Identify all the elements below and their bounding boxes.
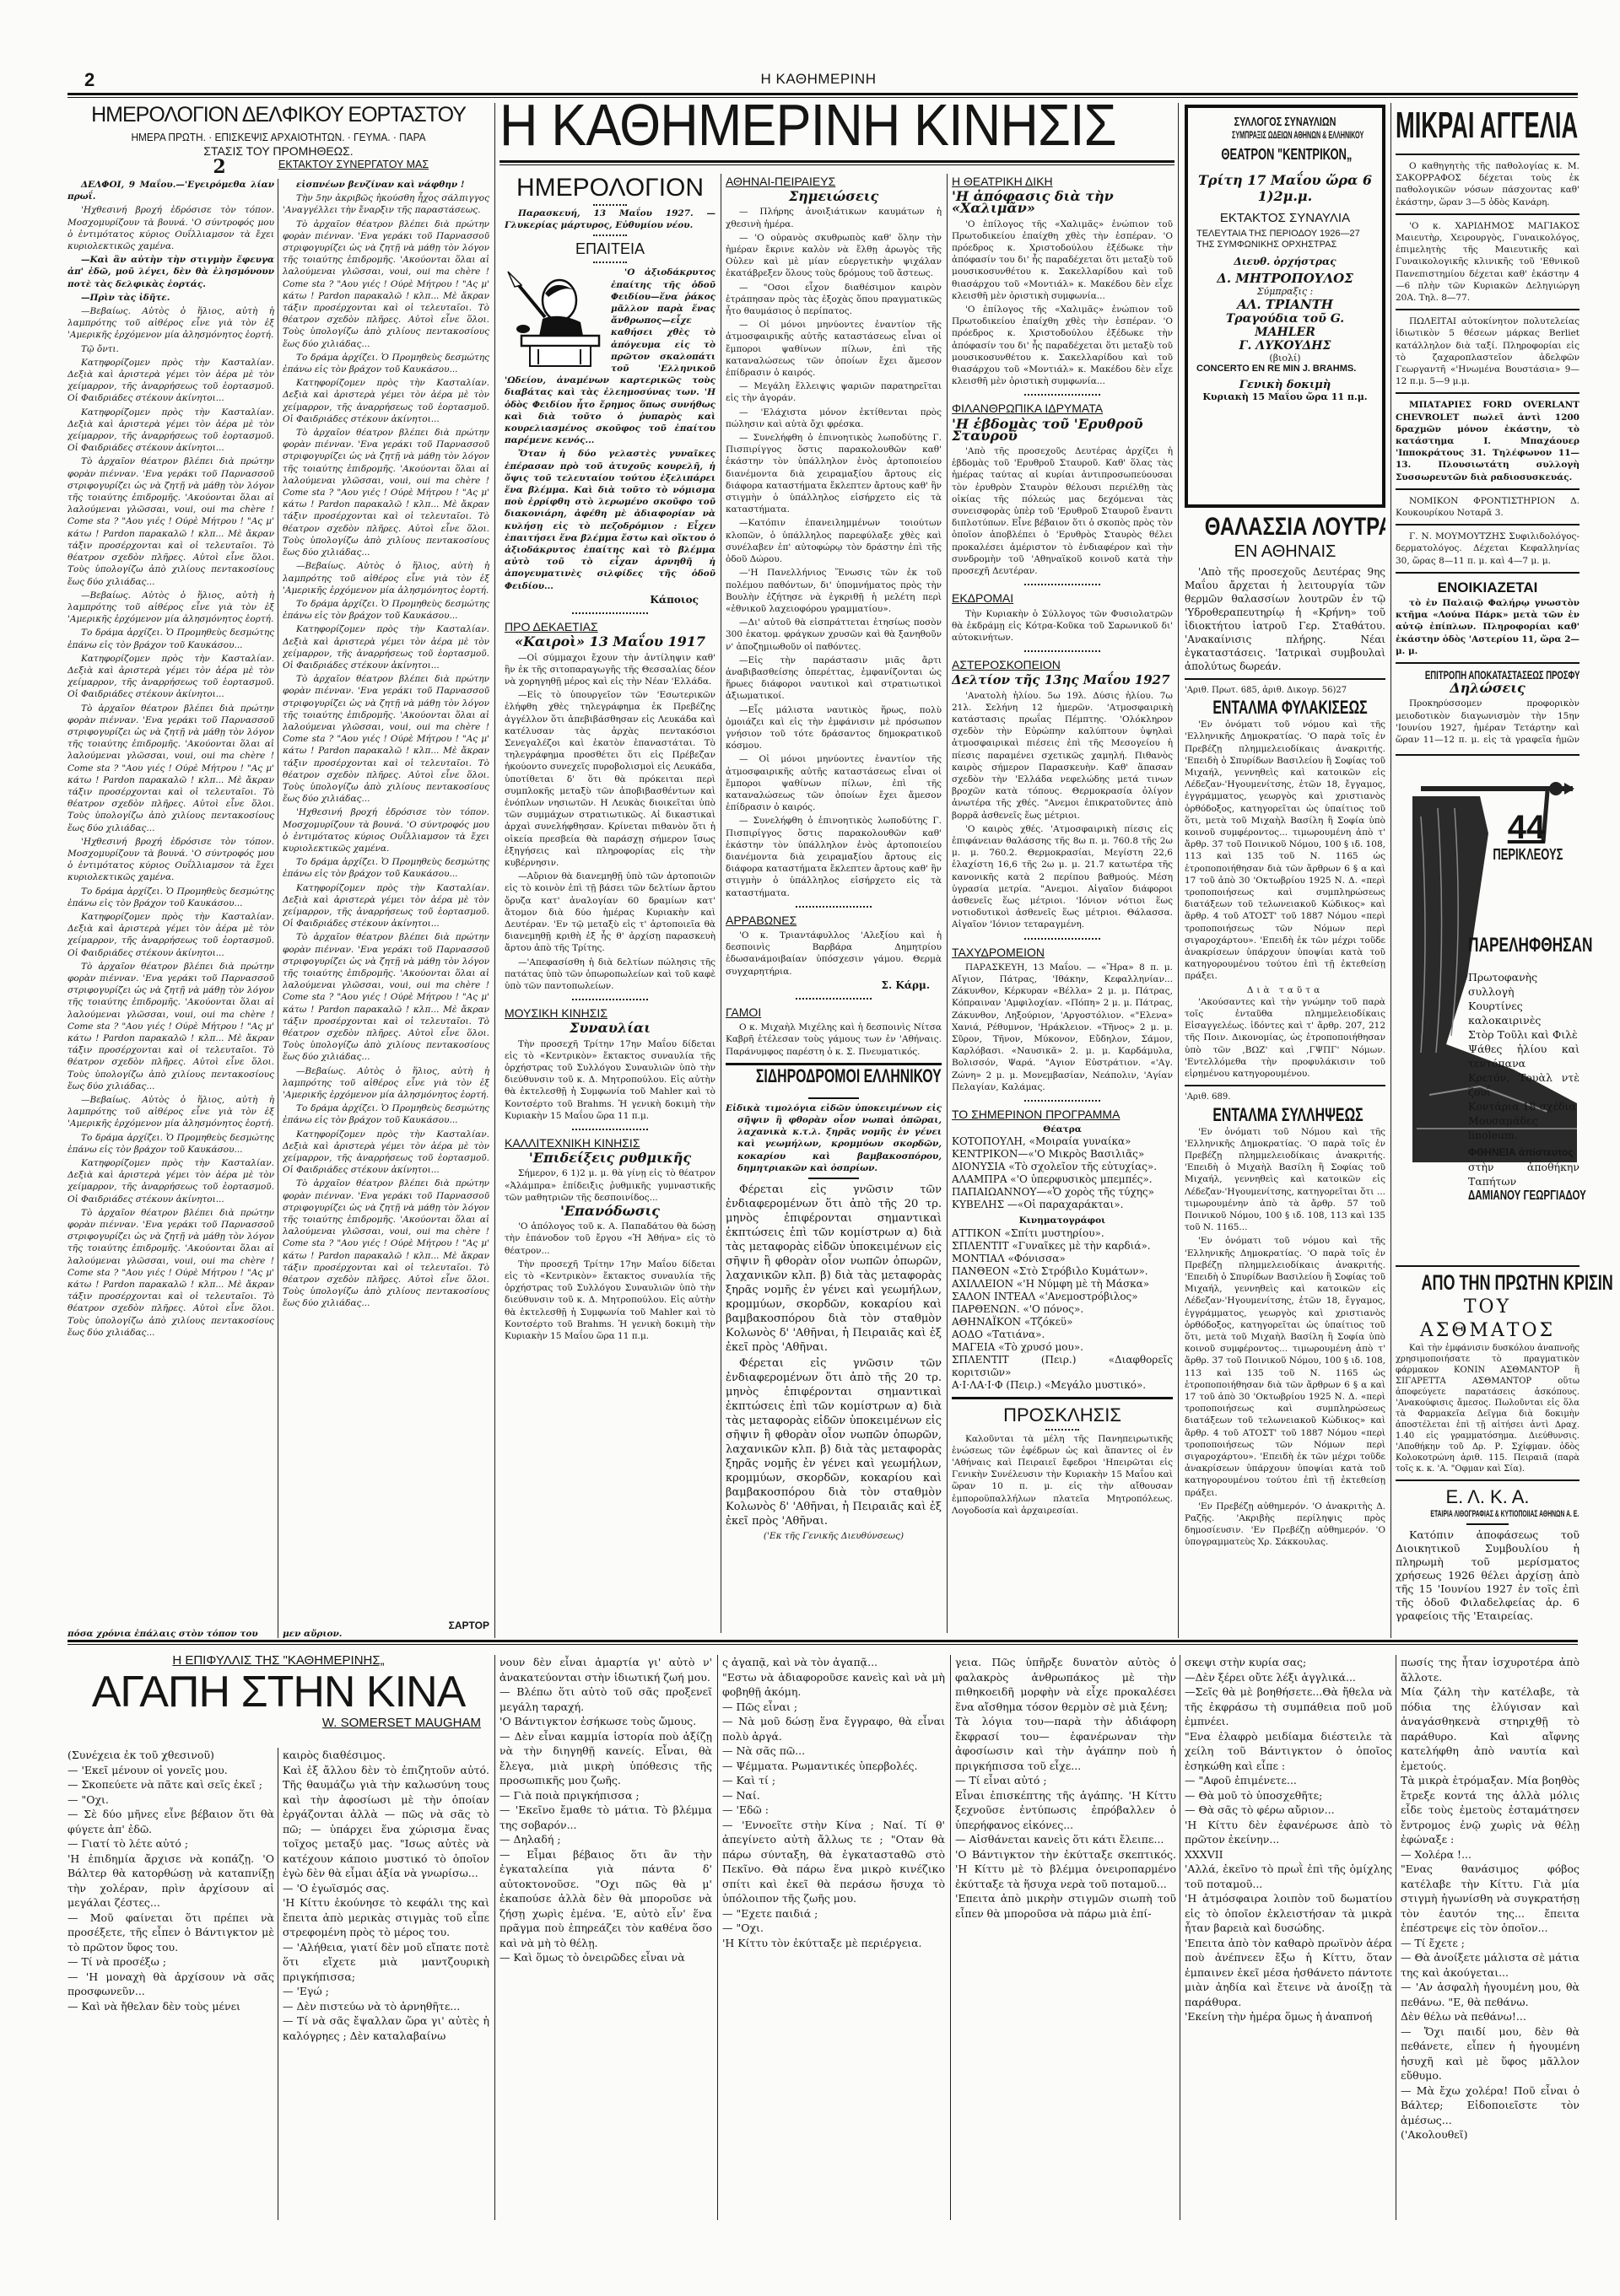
section-divider [1178,103,1179,1638]
divider [572,612,648,614]
delphic-subtitle-2: ΣΤΑΣΙΣ ΤΟΥ ΠΡΟΜΗΘΕΩΣ. [67,145,489,157]
divider [796,998,872,1000]
program-theatre-item: ΚΕΝΤΡΙΚΟΝ—«'Ο Μικρὸς Βασιλιᾶς» [952,1148,1173,1161]
elka-subtitle: ΕΤΑΙΡΙΑ ΛΙΘΟΓΡΑΦΙΑΣ & ΚΥΤΙΟΠΟΙΙΑΣ ΑΘΗΝΩΝ… [1430,1508,1544,1520]
divider [1466,1523,1509,1525]
divider [1024,394,1100,396]
program-cinema-item: ΜΑΓΕΙΑ «Τὸ χρυσό μου». [952,1341,1173,1354]
invitation-title: ΠΡΟΣΚΛΗΣΙΣ [952,1404,1173,1426]
charity-title: ΦΙΛΑΝΘΡΩΠΙΚΑ ΙΔΡΥΜΑΤΑ [952,402,1173,414]
beggar-cartoon-illustration [505,268,604,369]
asthma-body: Καὶ τὴν ἐμφάνισιν δυσκόλου ἀναπνοῆς χρησ… [1396,1343,1579,1474]
column-divider [278,1748,278,2220]
column-divider [1396,1655,1396,2220]
rent-body: τὸ ἐν Παλαιῷ Φαλήρῳ γνωστὸν κτῆμα «Λούνα… [1396,597,1579,657]
feuilleton-rule [67,1640,1578,1645]
divider [593,234,627,236]
masthead: 2 Η ΚΑΘΗΜΕΡΙΝΗ [59,66,1578,91]
theatre-trial-title: Η ΘΕΑΤΡΙΚΗ ΔΙΚΗ [952,175,1173,187]
baths-title: ΘΑΛΑΣΣΙΑ ΛΟΥΤΡΑ [1205,513,1365,542]
kinisis-column-c: Η ΘΕΑΤΡΙΚΗ ΔΙΚΗ 'Η ἀπόφασις διὰ τὴν «Χαλ… [952,174,1173,1599]
column-divider [1390,103,1391,1638]
column-divider [494,1655,495,2220]
divider [1396,392,1579,394]
program-theatre-item: ΚΥΒΕΛΗΣ —«Οἱ παραχαράκται». [952,1199,1173,1211]
serial-column-2: καιρὸς διαθέσιμος. Καὶ ἐξ ἄλλου δὲν τὸ ἐ… [283,1748,489,2220]
kinisis-column-b: ΑΘΗΝΑΙ-ΠΕΙΡΑΙΕΥΣ Σημειώσεις — Πλήρης ἀνο… [726,174,942,1633]
asthma-ad: ΑΠΟ ΤΗΝ ΠΡΩΤΗΝ ΚΡΙΣΙΝ ΤΟΥ ΑΣΘΜΑΤΟΣ Καὶ τ… [1396,1262,1579,1633]
delphic-last-line-left: πόσα χρόνια ἐπάλαις στὸν τόπον του [67,1628,274,1640]
section-divider [494,103,495,1638]
athens-title: ΑΘΗΝΑΙ-ΠΕΙΡΑΙΕΥΣ [726,175,942,187]
rent-title: ΕΝΟΙΚΙΑΖΕΤΑΙ [1396,579,1579,597]
program-theatres-label: Θέατρα [952,1124,1173,1135]
program-theatre-item: ΚΟΤΟΠΟΥΛΗ, «Μοιραία γυναίκα» [952,1135,1173,1148]
divider [1185,678,1385,680]
post-title: ΤΑΧΥΔΡΟΜΕΙΟΝ [952,946,1173,958]
music-title: ΜΟΥΣΙΚΗ ΚΙΝΗΣΙΣ [505,1007,715,1019]
delphic-part-number: 2 [202,157,236,177]
warrant1-dia-tauta: Διὰ ταῦτα [1185,984,1385,996]
observatory-subtitle: Δελτίον τῆς 13ης Μαΐου 1927 [952,674,1173,686]
serial-header: Η ΕΠΙΦΥΛΛΙΣ ΤΗΣ "ΚΑΘΗΜΕΡΙΝΗΣ„ ΑΓΑΠΗ ΣΤΗΝ… [67,1655,489,1729]
program-cinema-item: ΑΤΤΙΚΟΝ «Σπίτι μυστηρίου». [952,1227,1173,1240]
elka-body: Κατόπιν ἀποφάσεως τοῦ Διοικητικοῦ Συμβου… [1396,1528,1579,1623]
weddings-title: ΓΑΜΟΙ [726,1006,942,1018]
refugees-title: ΕΠΙΤΡΟΠΗ ΑΠΟΚΑΤΑΣΤΑΣΕΩΣ ΠΡΟΣΦΥΓΩΝ [1425,669,1550,681]
divider [593,204,627,206]
kinisis-column-a: ΗΜΕΡΟΛΟΓΙΟΝ Παρασκευή, 13 Μαΐου 1927. — … [505,174,715,1633]
divider [572,999,648,1000]
railways-title: ΣΙΔΗΡΟΔΡΟΜΟΙ ΕΛΛΗΝΙΚΟΥ ΚΡΑΤΟΥΣ [756,1070,911,1082]
delphic-column-1: ΔΕΛΦΟΙ, 9 Μαΐου.—'Εγειρόμεθα λίαν πρωΐ. … [67,179,274,1638]
baths-subtitle: ΕΝ ΑΘΗΝΑΙΣ [1185,542,1385,562]
column-divider [278,179,278,1638]
charity-subtitle: 'Η ἑβδομὰς τοῦ 'Ερυθροῦ Σταυροῦ [952,418,1173,442]
serial-column-4: ς ἀγαπᾷ, καὶ νὰ τὸν ἀγαπᾷ... "Εστω νὰ ἀδ… [722,1655,945,2220]
epaiteia-title: ΕΠΑΙΤΕΙΑ [505,240,715,258]
divider [1396,1479,1579,1481]
concert-ad: ΣΥΛΛΟΓΟΣ ΣΥΝΑΥΛΙΩΝ ΣΥΜΠΡΑΞΙΣ ΩΔΕΙΩΝ ΑΘΗΝ… [1185,105,1385,508]
warrant2-ref: 'Αριθ. 689. [1185,1091,1385,1103]
program-cinema-item: ΑΧΙΛΛΕΙΟΝ «'Η Νύμφη μὲ τὴ Μάσκα» [952,1278,1173,1291]
column-divider [1180,1655,1180,2220]
baths-body: 'Απὸ τῆς προσεχοῦς Δευτέρας 9ης Μαΐου ἄρ… [1185,565,1385,673]
right-column-1: ΘΑΛΑΣΣΙΑ ΛΟΥΤΡΑ ΕΝ ΑΘΗΝΑΙΣ 'Απὸ τῆς προσ… [1185,513,1385,1635]
divider [572,1129,648,1130]
warrant1-ref: 'Αριθ. Πρωτ. 685, ἀριθ. Δικογρ. 56)27 [1185,685,1385,697]
program-cinemas-list: ΑΤΤΙΚΟΝ «Σπίτι μυστηρίου». ΣΠΛΕΝΤΙΤ «Γυν… [952,1227,1173,1392]
program-title: ΤΟ ΣΗΜΕΡΙΝΟΝ ΠΡΟΓΡΑΜΜΑ [952,1108,1173,1120]
divider [1396,154,1579,155]
serial-column-7: πωσίς της ἦταν ἰσχυροτέρα ἀπὸ ἄλλοτε. Μί… [1401,1655,1579,2220]
program-theatres-list: ΚΟΤΟΠΟΥΛΗ, «Μοιραία γυναίκα» ΚΕΝΤΡΙΚΟΝ—«… [952,1135,1173,1211]
divider [1396,309,1579,310]
elka-title: Ε. Λ. Κ. Α. [1396,1486,1579,1508]
delphic-subtitle-1: ΗΜΕΡΑ ΠΡΩΤΗ. · ΕΠΙΣΚΕΨΙΣ ΑΡΧΑΙΟΤΗΤΩΝ. · … [78,132,479,143]
serial-author: W. SOMERSET MAUGHAM [67,1717,489,1729]
program-cinema-item: ΑΟΔΟ «Τατιάνα». [952,1329,1173,1341]
delphic-column-2: εἰσπνέων βενζίναν καὶ νάφθην ! Τὴν 5ην ἀ… [283,179,489,1618]
column-divider [950,1655,951,2220]
classifieds: ΜΙΚΡΑΙ ΑΓΓΕΛΙΑΙ Ο καθηγητὴς τῆς παθολογί… [1396,103,1579,744]
program-cinema-item: ΣΠΛΕΝΤΙΤ (Πειρ.) «Διαφθορεῖς κοριτσιῶν» [952,1354,1173,1379]
classified-item: ΝΟΜΙΚΟΝ ΦΡΟΝΤΙΣΤΗΡΙΟΝ Δ. Κουκουρίκου Νοτ… [1396,495,1579,519]
column-divider [947,174,948,1633]
epanodos-title: 'Επανόδωσις [505,1205,715,1217]
curtain-ad-street: ΠΕΡΙΚΛΕΟΥΣ [1493,849,1559,860]
program-theatre-item: ΔΙΟΝΥΣΙΑ «Τὸ σχολεῖον τῆς εὐτυχίας». [952,1161,1173,1173]
calendar-title: ΗΜΕΡΟΛΟΓΙΟΝ [505,174,715,202]
serial-column-1: (Συνέχεια ἐκ τοῦ χθεσινοῦ) — 'Εκεῖ μένου… [67,1748,274,2220]
curtain-ad-owner: ΔΑΜΙΑΝΟΥ ΓΕΩΡΓΙΑΔΟΥ [1468,1188,1548,1203]
excursions-title: ΕΚΔΡΟΜΑΙ [952,592,1173,604]
curtain-ad-number: 44 [1480,810,1573,845]
divider [796,906,872,908]
program-cinemas-label: Κινηματογράφοι [952,1215,1173,1226]
program-cinema-item: ΠΑΝΘΕΟΝ «Στὸ Στρόβιλο Κυμάτων». [952,1265,1173,1278]
theatre-trial-subtitle: 'Η ἀπόφασις διὰ τὴν «Χαλιμᾶν» [952,191,1173,214]
serial-column-6: σκεψι στὴν κυρία σας; —Δὲν ξέρει οὔτε λέ… [1185,1655,1392,2220]
program-theatre-item: ΠΑΠΑΙΩΑΝΝΟΥ—«Ὁ χορὸς τῆς τύχης» [952,1186,1173,1199]
asthma-title-1: ΑΠΟ ΤΗΝ ΠΡΩΤΗΝ ΚΡΙΣΙΝ [1422,1270,1554,1296]
kinisis-header: Η ΚΑΘΗΜΕΡΙΝΗ ΚΙΝΗΣΙΣ [499,94,1174,155]
program-cinema-item: ΜΟΝΤΙΑΛ «Φόνισσα» [952,1253,1173,1265]
curtain-ad-headline: ΠΑΡΕΛΗΦΘΗΣΑΝ [1468,940,1547,951]
railways-footer: ('Εκ τῆς Γενικῆς Διευθύνσεως) [726,1530,942,1542]
railways-subtitle: Εἰδικὰ τιμολόγια εἰδῶν ὑποκειμένων εἰς σ… [726,1102,942,1174]
classified-item: Γ. Ν. ΜΟΥΜΟΥΤΖΗΣ Συφιλιδολόγος-δερματολό… [1396,531,1579,567]
divider [1396,662,1579,664]
divider [1396,572,1579,574]
pro-dekaetias-subtitle: «Καιροὶ» 13 Μαΐου 1917 [505,636,715,648]
newspaper-page: 2 Η ΚΑΘΗΜΕΡΙΝΗ ΗΜΕΡΟΛΟΓΙΟΝ ΔΕΛΦΙΚΟΥ ΕΟΡΤ… [59,0,1578,2296]
divider [1185,1085,1385,1086]
program-cinema-item: ΑΘΗΝΑΪΚΟΝ «Τζόκεϋ» [952,1316,1173,1329]
program-cinema-item: ΣΑΛΟΝ ΙΝΤΕΑΛ «'Ανεμοστρόβιλος» [952,1291,1173,1303]
curtain-ad-items: Πρωτοφανὴς συλλογὴ Κουρτίνες καλοκαιρινὲ… [1468,970,1579,1203]
program-theatre-item: ΑΛΑΜΠΡΑ «'Ο ὑπερφυσικὸς μπεμπές». [952,1173,1173,1186]
classified-item: ΠΩΛΕΙΤΑΙ αὐτοκίνητον πολυτελείας ἰδιωτικ… [1396,315,1579,387]
divider [1396,1265,1579,1267]
kinisis-rule [499,160,1174,165]
serial-title: ΑΓΑΠΗ ΣΤΗΝ ΚΙΝΑ [67,1667,489,1717]
classified-item: 'Ο κ. ΧΑΡΙΔΗΜΟΣ ΜΑΓΙΑΚΟΣ Μαιευτὴρ, Χειρο… [1396,220,1579,304]
divider [593,261,627,263]
music-subtitle: Συναυλίαι [505,1022,715,1034]
epaiteia-signature: Κάποιος [505,594,715,606]
warrant2-title: ΕΝΤΑΛΜΑ ΣΥΛΛΗΨΕΩΣ [1212,1104,1357,1126]
delphic-title: ΗΜΕΡΟΛΟΓΙΟΝ ΔΕΛΦΙΚΟΥ ΕΟΡΤΑΣΤΟΥ [67,103,489,127]
divider [1024,1100,1100,1102]
program-cinema-item: Α·Ι·ΛΑ·Ι·Φ (Πειρ.) «Μεγάλο μυστικό». [952,1379,1173,1392]
curtain-ad-store: στὴν ἀποθήκην Ταπήτων [1468,1160,1579,1188]
athens-subtitle: Σημειώσεις [726,191,942,202]
delphic-header: ΗΜΕΡΟΛΟΓΙΟΝ ΔΕΛΦΙΚΟΥ ΕΟΡΤΑΣΤΟΥ ΗΜΕΡΑ ΠΡΩ… [67,103,489,157]
classified-item: Ο καθηγητὴς τῆς παθολογίας κ. Μ. ΣΑΚΟΡΡΑ… [1396,160,1579,208]
art-subtitle: 'Επιδείξεις ρυθμικῆς [505,1152,715,1164]
engagements-signature: Σ. Κάρμ. [726,979,942,991]
kinisis-title: Η ΚΑΘΗΜΕΡΙΝΗ ΚΙΝΗΣΙΣ [499,94,1107,155]
column-divider [721,174,721,1633]
calendar-date: Παρασκευή, 13 Μαΐου 1927. — Γλυκερίας μά… [505,208,715,231]
classifieds-title: ΜΙΚΡΑΙ ΑΓΓΕΛΙΑΙ [1396,103,1509,148]
delphic-last-line-right: μεν αὔριον. [283,1628,392,1640]
divider [1024,650,1100,652]
warrant1-title: ΕΝΤΑΛΜΑ ΦΥΛΑΚΙΣΕΩΣ [1212,697,1357,719]
divider [808,1178,859,1179]
engagements-title: ΑΡΡΑΒΩΝΕΣ [726,914,942,926]
divider [808,1097,859,1099]
paper-name: Η ΚΑΘΗΜΕΡΙΝΗ [59,71,1578,88]
divider [1396,524,1579,525]
column-divider [717,1655,718,2220]
divider [1396,213,1579,215]
epaiteia-body-2: Ὅταν ἡ δύο γελαστὲς γυναῖκες ἐπέρασαν πρ… [505,448,715,591]
serial-column-3: νουν δὲν εἶναι ἁμαρτία γι' αὐτὸ ν' ἀνακα… [499,1655,712,2220]
divider [1396,488,1579,490]
program-cinema-item: ΣΠΛΕΝΤΙΤ «Γυναῖκες μὲ τὴν καρδιά». [952,1240,1173,1253]
observatory-title: ΑΣΤΕΡΟΣΚΟΠΕΙΟΝ [952,659,1173,671]
serial-column-5: γεια. Πῶς ὑπῆρξε δυνατὸν αὐτὸς ὁ φαλακρὸ… [955,1655,1176,2220]
pro-dekaetias-title: ΠΡΟ ΔΕΚΑΕΤΙΑΣ [505,621,715,633]
curtain-ad-price: ΦΘΗΝΕΙΑ ἀπίστευτος [1468,1145,1579,1160]
refugees-subtitle: Δηλώσεις [1396,682,1579,694]
classified-item: ΜΠΑΤΑΡΙΕΣ FORD OVERLANT CHEVROLET πωλεῖ … [1396,399,1579,482]
divider [952,1397,1173,1399]
divider [1045,1429,1079,1431]
program-cinema-item: ΠΑΡΘΕΝΩΝ. «'Ο πόνος». [952,1303,1173,1316]
delphic-byline: ΕΚΤΑΚΤΟΥ ΣΥΝΕΡΓΑΤΟΥ ΜΑΣ [278,159,489,170]
divider [1396,754,1579,756]
divider [1024,938,1100,940]
delphic-signature: ΣΑΡΤΟΡ [397,1620,489,1631]
divider [1024,584,1100,585]
curtain-ad: 44 ΠΕΡΙΚΛΕΟΥΣ ΠΑΡΕΛΗΦΘΗΣΑΝ Πρωτοφανὴς συ… [1396,749,1579,1196]
art-title: ΚΑΛΛΙΤΕΧΝΙΚΗ ΚΙΝΗΣΙΣ [505,1137,715,1149]
asthma-title-2: ΤΟΥ ΑΣΘΜΑΤΟΣ [1396,1296,1579,1343]
serial-kicker: Η ΕΠΙΦΥΛΛΙΣ ΤΗΣ "ΚΑΘΗΜΕΡΙΝΗΣ„ [67,1655,489,1667]
